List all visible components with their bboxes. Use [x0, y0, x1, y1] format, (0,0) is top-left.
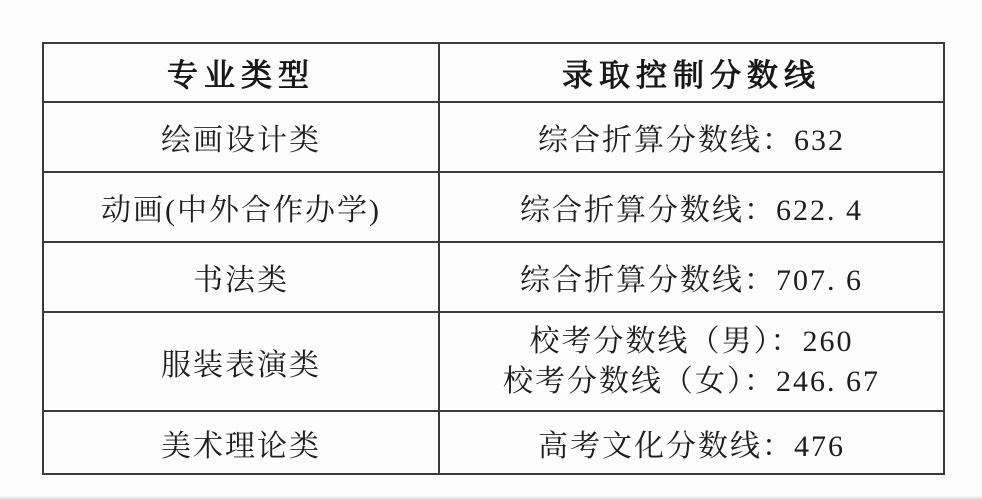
category-cell: 服装表演类: [43, 312, 439, 411]
category-cell: 绘画设计类: [43, 102, 439, 172]
category-cell: 书法类: [43, 242, 439, 312]
category-cell: 美术理论类: [43, 411, 439, 474]
score-cell: 高考文化分数线：476: [439, 411, 944, 474]
table-row: 服装表演类 校考分数线（男）：260 校考分数线（女）：246. 67: [43, 312, 944, 411]
table-row: 动画(中外合作办学) 综合折算分数线：622. 4: [43, 172, 944, 242]
header-score-line: 录取控制分数线: [439, 43, 944, 102]
score-cell: 综合折算分数线：707. 6: [439, 242, 944, 312]
score-cell: 校考分数线（男）：260 校考分数线（女）：246. 67: [439, 312, 944, 411]
document-page: 专业类型 录取控制分数线 绘画设计类 综合折算分数线：632 动画(中外合作办学…: [0, 0, 982, 500]
category-cell: 动画(中外合作办学): [43, 172, 439, 242]
table-row: 美术理论类 高考文化分数线：476: [43, 411, 944, 474]
table-header-row: 专业类型 录取控制分数线: [43, 43, 944, 102]
score-line-female: 校考分数线（女）：246. 67: [440, 362, 943, 402]
photo-bottom-edge-shadow: [0, 496, 982, 500]
score-cell: 综合折算分数线：632: [439, 102, 944, 172]
table-row: 绘画设计类 综合折算分数线：632: [43, 102, 944, 172]
score-cell: 综合折算分数线：622. 4: [439, 172, 944, 242]
admission-score-table: 专业类型 录取控制分数线 绘画设计类 综合折算分数线：632 动画(中外合作办学…: [42, 42, 945, 475]
table-row: 书法类 综合折算分数线：707. 6: [43, 242, 944, 312]
score-line-male: 校考分数线（男）：260: [440, 322, 943, 362]
header-category: 专业类型: [43, 43, 439, 102]
